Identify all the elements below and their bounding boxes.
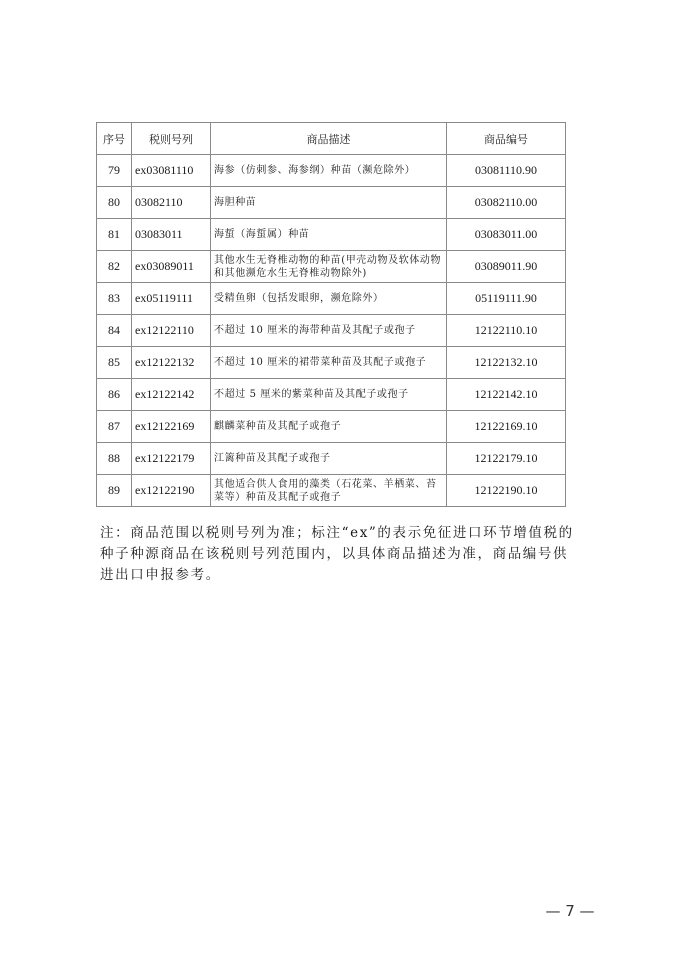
cell-no: 88 xyxy=(97,443,132,475)
cell-tariff-code: ex12122190 xyxy=(132,475,211,507)
cell-no: 82 xyxy=(97,251,132,283)
cell-description: 江篱种苗及其配子或孢子 xyxy=(211,443,447,475)
cell-product-code: 12122132.10 xyxy=(447,347,566,379)
cell-tariff-code: 03083011 xyxy=(132,219,211,251)
cell-tariff-code: 03082110 xyxy=(132,187,211,219)
document-page: 序号 税则号列 商品描述 商品编号 79 ex03081110 海参（仿刺参、海… xyxy=(0,0,680,966)
cell-tariff-code: ex05119111 xyxy=(132,283,211,315)
cell-no: 85 xyxy=(97,347,132,379)
cell-description: 其他水生无脊椎动物的种苗(甲壳动物及软体动物和其他濒危水生无脊椎动物除外) xyxy=(211,251,447,283)
cell-description: 不超过 5 厘米的紫菜种苗及其配子或孢子 xyxy=(211,379,447,411)
table-row: 88 ex12122179 江篱种苗及其配子或孢子 12122179.10 xyxy=(97,443,566,475)
cell-tariff-code: ex12122169 xyxy=(132,411,211,443)
header-description: 商品描述 xyxy=(211,123,447,155)
cell-no: 83 xyxy=(97,283,132,315)
cell-description: 麒麟菜种苗及其配子或孢子 xyxy=(211,411,447,443)
table-row: 82 ex03089011 其他水生无脊椎动物的种苗(甲壳动物及软体动物和其他濒… xyxy=(97,251,566,283)
cell-description: 海参（仿刺参、海参纲）种苗（濒危除外） xyxy=(211,155,447,187)
cell-product-code: 12122110.10 xyxy=(447,315,566,347)
cell-description: 海蜇（海蜇属）种苗 xyxy=(211,219,447,251)
cell-product-code: 05119111.90 xyxy=(447,283,566,315)
table-row: 80 03082110 海胆种苗 03082110.00 xyxy=(97,187,566,219)
cell-tariff-code: ex12122142 xyxy=(132,379,211,411)
header-tariff-code: 税则号列 xyxy=(132,123,211,155)
cell-description: 不超过 10 厘米的海带种苗及其配子或孢子 xyxy=(211,315,447,347)
cell-product-code: 03083011.00 xyxy=(447,219,566,251)
cell-tariff-code: ex03089011 xyxy=(132,251,211,283)
cell-product-code: 03089011.90 xyxy=(447,251,566,283)
cell-product-code: 12122179.10 xyxy=(447,443,566,475)
table-row: 84 ex12122110 不超过 10 厘米的海带种苗及其配子或孢子 1212… xyxy=(97,315,566,347)
table-row: 83 ex05119111 受精鱼卵（包括发眼卵，濒危除外） 05119111.… xyxy=(97,283,566,315)
cell-description: 受精鱼卵（包括发眼卵，濒危除外） xyxy=(211,283,447,315)
cell-product-code: 03081110.90 xyxy=(447,155,566,187)
table-row: 89 ex12122190 其他适合供人食用的藻类（石花菜、羊栖菜、苔菜等）种苗… xyxy=(97,475,566,507)
page-number: — 7 — xyxy=(540,902,600,920)
table-footnote: 注：商品范围以税则号列为准；标注“ex”的表示免征进口环节增值税的种子种源商品在… xyxy=(100,523,580,586)
cell-tariff-code: ex12122179 xyxy=(132,443,211,475)
table-row: 86 ex12122142 不超过 5 厘米的紫菜种苗及其配子或孢子 12122… xyxy=(97,379,566,411)
header-product-code: 商品编号 xyxy=(447,123,566,155)
cell-no: 89 xyxy=(97,475,132,507)
cell-tariff-code: ex03081110 xyxy=(132,155,211,187)
cell-description: 其他适合供人食用的藻类（石花菜、羊栖菜、苔菜等）种苗及其配子或孢子 xyxy=(211,475,447,507)
table-row: 85 ex12122132 不超过 10 厘米的裙带菜种苗及其配子或孢子 121… xyxy=(97,347,566,379)
table-row: 79 ex03081110 海参（仿刺参、海参纲）种苗（濒危除外） 030811… xyxy=(97,155,566,187)
table-header-row: 序号 税则号列 商品描述 商品编号 xyxy=(97,123,566,155)
cell-tariff-code: ex12122132 xyxy=(132,347,211,379)
table-row: 87 ex12122169 麒麟菜种苗及其配子或孢子 12122169.10 xyxy=(97,411,566,443)
cell-product-code: 03082110.00 xyxy=(447,187,566,219)
cell-no: 79 xyxy=(97,155,132,187)
cell-product-code: 12122142.10 xyxy=(447,379,566,411)
cell-no: 84 xyxy=(97,315,132,347)
table-row: 81 03083011 海蜇（海蜇属）种苗 03083011.00 xyxy=(97,219,566,251)
cell-tariff-code: ex12122110 xyxy=(132,315,211,347)
header-no: 序号 xyxy=(97,123,132,155)
cell-no: 81 xyxy=(97,219,132,251)
seed-import-table: 序号 税则号列 商品描述 商品编号 79 ex03081110 海参（仿刺参、海… xyxy=(96,122,566,507)
cell-no: 86 xyxy=(97,379,132,411)
cell-product-code: 12122190.10 xyxy=(447,475,566,507)
cell-description: 不超过 10 厘米的裙带菜种苗及其配子或孢子 xyxy=(211,347,447,379)
cell-description: 海胆种苗 xyxy=(211,187,447,219)
cell-product-code: 12122169.10 xyxy=(447,411,566,443)
cell-no: 87 xyxy=(97,411,132,443)
cell-no: 80 xyxy=(97,187,132,219)
